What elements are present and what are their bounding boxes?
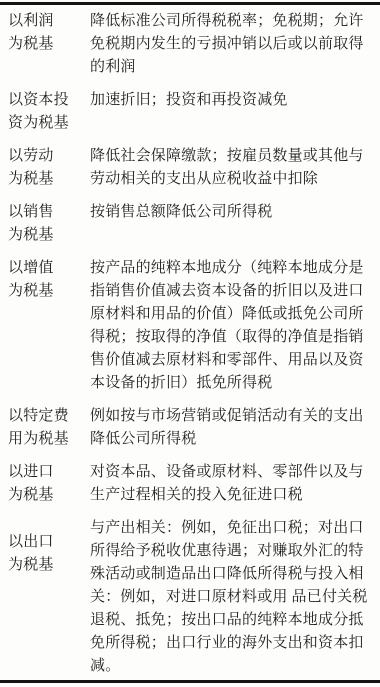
incentive-cell: 降低标准公司所得税税率；免税期；允许 免税期内发生的亏损冲销以后或以前取得 的利… <box>90 10 380 79</box>
tax-base-cell: 以销售 为税基 <box>0 201 90 247</box>
tax-base-cell: 以资本投 资为税基 <box>0 89 90 135</box>
tax-base-cell: 以利润 为税基 <box>0 10 90 79</box>
tax-incentives-table: 以利润 为税基降低标准公司所得税税率；免税期；允许 免税期内发生的亏损冲销以后或… <box>0 10 380 678</box>
tax-base-cell: 以出口 为税基 <box>0 517 90 678</box>
table-row: 以增值 为税基按产品的纯粹本地成分（纯粹本地成分是 指销售价值减去资本设备的折旧… <box>0 257 380 395</box>
scanned-document-page: 以利润 为税基降低标准公司所得税税率；免税期；允许 免税期内发生的亏损冲销以后或… <box>0 0 380 687</box>
table-row: 以特定费 用为税基例如按与市场营销或促销活动有关的支出 降低公司所得税 <box>0 405 380 451</box>
table-row: 以销售 为税基按销售总额降低公司所得税 <box>0 201 380 247</box>
incentive-cell: 按销售总额降低公司所得税 <box>90 201 380 247</box>
table-row: 以进口 为税基对资本品、设备或原材料、零部件以及与 生产过程相关的投入免征进口税 <box>0 461 380 507</box>
table-row: 以出口 为税基与产出相关：例如，免征出口税；对出口 所得给予税收优惠待遇；对赚取… <box>0 517 380 678</box>
table-row: 以劳动 为税基降低社会保障缴款；按雇员数量或其他与 劳动相关的支出从应税收益中扣… <box>0 145 380 191</box>
tax-base-cell: 以进口 为税基 <box>0 461 90 507</box>
incentive-cell: 加速折旧；投资和再投资减免 <box>90 89 380 135</box>
table-top-rule <box>0 2 380 5</box>
tax-base-cell: 以劳动 为税基 <box>0 145 90 191</box>
table-row: 以利润 为税基降低标准公司所得税税率；免税期；允许 免税期内发生的亏损冲销以后或… <box>0 10 380 79</box>
table-row: 以资本投 资为税基加速折旧；投资和再投资减免 <box>0 89 380 135</box>
incentive-cell: 例如按与市场营销或促销活动有关的支出 降低公司所得税 <box>90 405 380 451</box>
tax-base-cell: 以特定费 用为税基 <box>0 405 90 451</box>
tax-base-cell: 以增值 为税基 <box>0 257 90 395</box>
table-bottom-rule <box>0 680 380 683</box>
incentive-cell: 按产品的纯粹本地成分（纯粹本地成分是 指销售价值减去资本设备的折旧以及进口 原材… <box>90 257 380 395</box>
incentive-cell: 与产出相关：例如，免征出口税；对出口 所得给予税收优惠待遇；对赚取外汇的特 殊活… <box>90 517 380 678</box>
incentive-cell: 降低社会保障缴款；按雇员数量或其他与 劳动相关的支出从应税收益中扣除 <box>90 145 380 191</box>
incentive-cell: 对资本品、设备或原材料、零部件以及与 生产过程相关的投入免征进口税 <box>90 461 380 507</box>
